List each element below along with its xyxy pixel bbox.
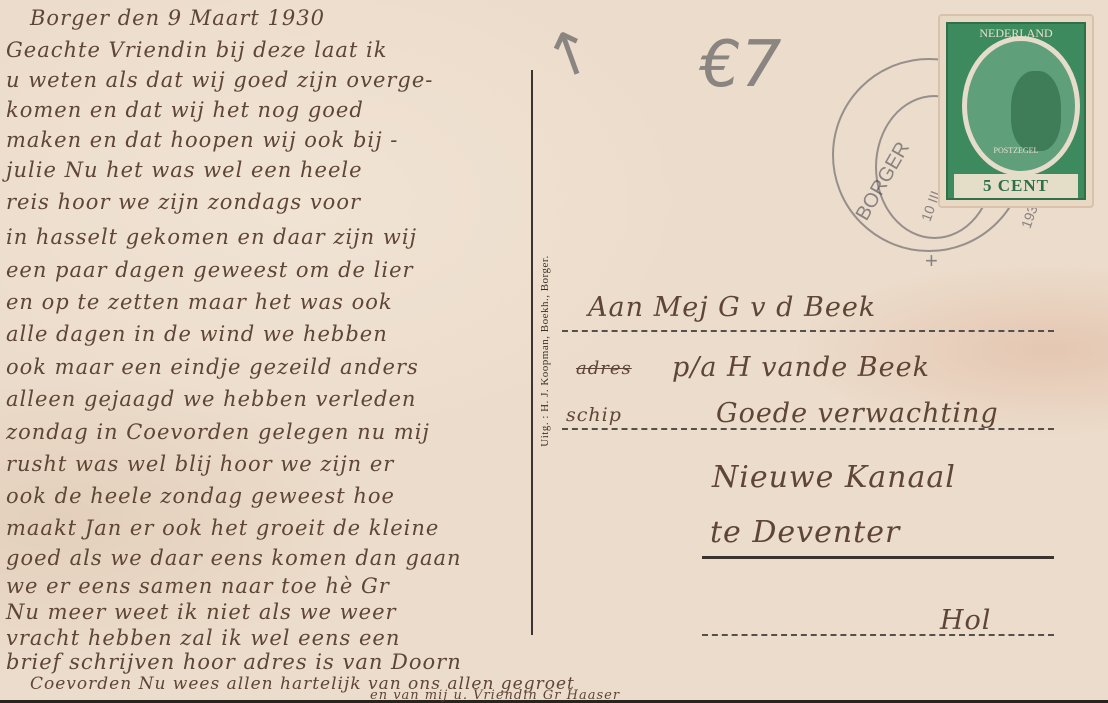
message-line: komen en dat wij het nog goed [6, 98, 364, 122]
message-line: ook maar een eindje gezeild anders [6, 355, 419, 379]
address-line-3: Goede verwachting [716, 398, 999, 429]
message-line: maken en dat hoopen wij ook bij - [6, 128, 398, 152]
pencil-arrow-icon: ↑ [535, 14, 606, 97]
message-line: reis hoor we zijn zondags voor [6, 190, 361, 214]
message-line: Borger den 9 Maart 1930 [30, 6, 325, 30]
stamp-country: NEDERLAND [948, 26, 1084, 41]
message-line: vracht hebben zal ik wel eens een [6, 626, 400, 650]
address-line-1: Aan Mej G v d Beek [588, 292, 876, 323]
queen-portrait-icon [1011, 71, 1061, 151]
message-line: een paar dagen geweest om de lier [6, 258, 414, 282]
postage-stamp: NEDERLAND POSTZEGEL 5 CENT [938, 14, 1094, 208]
message-line: alleen gejaagd we hebben verleden [6, 387, 416, 411]
message-line: in hasselt gekomen en daar zijn wij [6, 225, 417, 249]
message-line: goed als we daar eens komen dan gaan [6, 546, 462, 570]
stamp-label: POSTZEGEL [948, 146, 1084, 155]
address-struck-word: adres [576, 358, 632, 379]
stamp-portrait-frame [962, 36, 1080, 176]
message-line: maakt Jan er ook het groeit de kleine [6, 516, 439, 540]
message-line: we er eens samen naar toe hè Gr [6, 574, 390, 598]
message-line: rusht was wel blij hoor we zijn er [6, 452, 394, 476]
pencil-price: €7 [700, 28, 781, 102]
address-dotted-line [702, 634, 1054, 636]
stamp-value: 5 CENT [954, 174, 1078, 198]
message-line: zondag in Coevorden gelegen nu mij [6, 420, 430, 444]
message-line: Nu meer weet ik niet als we weer [6, 600, 397, 624]
address-line-3-prefix: schip [566, 404, 622, 426]
publisher-imprint: Uitg. : H. J. Koopman, Boekh., Borger. [530, 210, 550, 500]
address-line-2: p/a H vande Beek [672, 352, 930, 383]
address-line-6: Hol [940, 605, 991, 636]
message-line: brief schrijven hoor adres is van Doorn [6, 650, 462, 674]
address-line-5: te Deventer [710, 515, 900, 550]
message-line: julie Nu het was wel een heele [6, 158, 363, 182]
address-solid-line [702, 556, 1054, 559]
address-dotted-line [562, 330, 1054, 332]
message-line: en van mij u. Vriendin Gr Haaser [370, 688, 620, 700]
address-line-4: Nieuwe Kanaal [712, 460, 956, 495]
message-line: ook de heele zondag geweest hoe [6, 484, 395, 508]
message-line: u weten als dat wij goed zijn overge- [6, 68, 433, 92]
postcard: Borger den 9 Maart 1930 Geachte Vriendin… [0, 0, 1108, 700]
message-line: Geachte Vriendin bij deze laat ik [6, 38, 387, 62]
message-line: alle dagen in de wind we hebben [6, 322, 388, 346]
postmark-cross-icon: + [925, 248, 938, 274]
message-line: en op te zetten maar het was ook [6, 290, 393, 314]
